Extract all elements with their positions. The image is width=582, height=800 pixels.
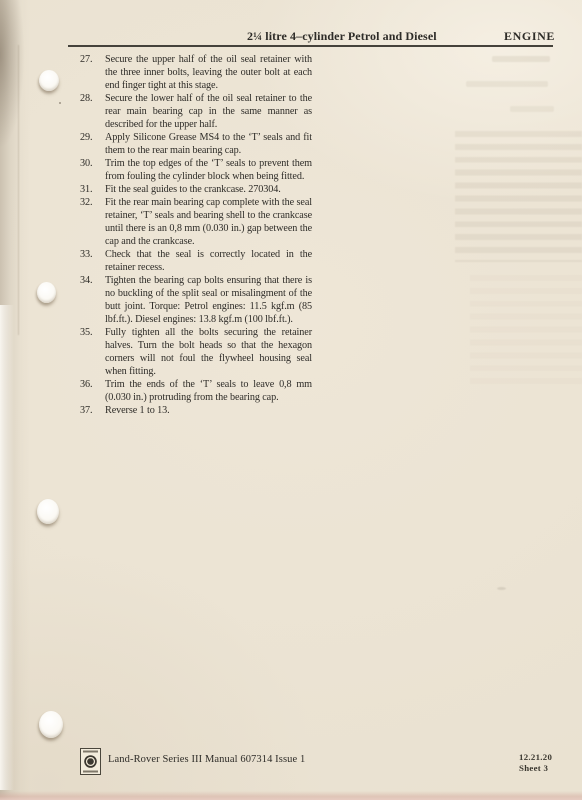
item-text: Fit the seal guides to the crankcase. 27… (105, 183, 312, 196)
item-text: Trim the top edges of the ‘T’ seals to p… (105, 157, 312, 183)
list-item: 31. Fit the seal guides to the crankcase… (80, 183, 312, 196)
item-text: Trim the ends of the ‘T’ seals to leave … (105, 378, 312, 404)
instruction-list: 27. Secure the upper half of the oil sea… (80, 53, 312, 417)
paper-speck (59, 102, 61, 104)
list-item: 33. Check that the seal is correctly loc… (80, 248, 312, 274)
page-header-section: ENGINE (504, 29, 555, 44)
bleed-through-ghost (466, 81, 548, 87)
list-item: 36. Trim the ends of the ‘T’ seals to le… (80, 378, 312, 404)
item-text: Fully tighten all the bolts securing the… (105, 326, 312, 378)
footer-sheet-number: Sheet 3 (519, 763, 552, 774)
footer-ref-code: 12.21.20 (519, 752, 552, 763)
item-number: 37. (80, 404, 105, 417)
scanned-manual-page: 2¼ litre 4–cylinder Petrol and Diesel EN… (0, 0, 582, 800)
item-text: Tighten the bearing cap bolts ensuring t… (105, 274, 312, 326)
item-number: 36. (80, 378, 105, 404)
paper-speck (497, 587, 506, 590)
page-header-title: 2¼ litre 4–cylinder Petrol and Diesel (247, 29, 437, 44)
footer-manual-title: Land-Rover Series III Manual 607314 Issu… (108, 754, 305, 765)
item-text: Reverse 1 to 13. (105, 404, 312, 417)
bleed-through-ghost-block (455, 124, 582, 262)
bleed-through-ghost (510, 106, 554, 112)
list-item: 32. Fit the rear main bearing cap comple… (80, 196, 312, 248)
item-number: 35. (80, 326, 105, 378)
item-number: 34. (80, 274, 105, 326)
item-text: Secure the upper half of the oil seal re… (105, 53, 312, 92)
punch-hole (39, 70, 59, 91)
bleed-through-ghost (492, 56, 550, 62)
item-number: 27. (80, 53, 105, 92)
footer-reference: 12.21.20 Sheet 3 (519, 752, 552, 773)
list-item: 27. Secure the upper half of the oil sea… (80, 53, 312, 92)
list-item: 29. Apply Silicone Grease MS4 to the ‘T’… (80, 131, 312, 157)
item-number: 28. (80, 92, 105, 131)
item-number: 31. (80, 183, 105, 196)
page-crease-line (18, 45, 19, 335)
bleed-through-ghost-block (470, 268, 582, 388)
punch-hole (37, 282, 56, 303)
item-number: 32. (80, 196, 105, 248)
british-leyland-logo-stamp (80, 748, 101, 780)
page-corner-curl-shadow (0, 0, 40, 170)
header-rule (68, 45, 553, 47)
item-text: Apply Silicone Grease MS4 to the ‘T’ sea… (105, 131, 312, 157)
list-item: 30. Trim the top edges of the ‘T’ seals … (80, 157, 312, 183)
item-text: Fit the rear main bearing cap complete w… (105, 196, 312, 248)
list-item: 28. Secure the lower half of the oil sea… (80, 92, 312, 131)
punch-hole (39, 711, 63, 738)
list-item: 34. Tighten the bearing cap bolts ensuri… (80, 274, 312, 326)
paper-speck (177, 117, 180, 119)
item-number: 30. (80, 157, 105, 183)
british-leyland-logo-icon (80, 748, 101, 775)
item-number: 33. (80, 248, 105, 274)
list-item: 35. Fully tighten all the bolts securing… (80, 326, 312, 378)
scan-bottom-edge (0, 791, 582, 800)
item-number: 29. (80, 131, 105, 157)
page-left-white-strip (0, 305, 14, 790)
item-text: Secure the lower half of the oil seal re… (105, 92, 312, 131)
punch-hole (37, 499, 59, 524)
list-item: 37. Reverse 1 to 13. (80, 404, 312, 417)
item-text: Check that the seal is correctly located… (105, 248, 312, 274)
